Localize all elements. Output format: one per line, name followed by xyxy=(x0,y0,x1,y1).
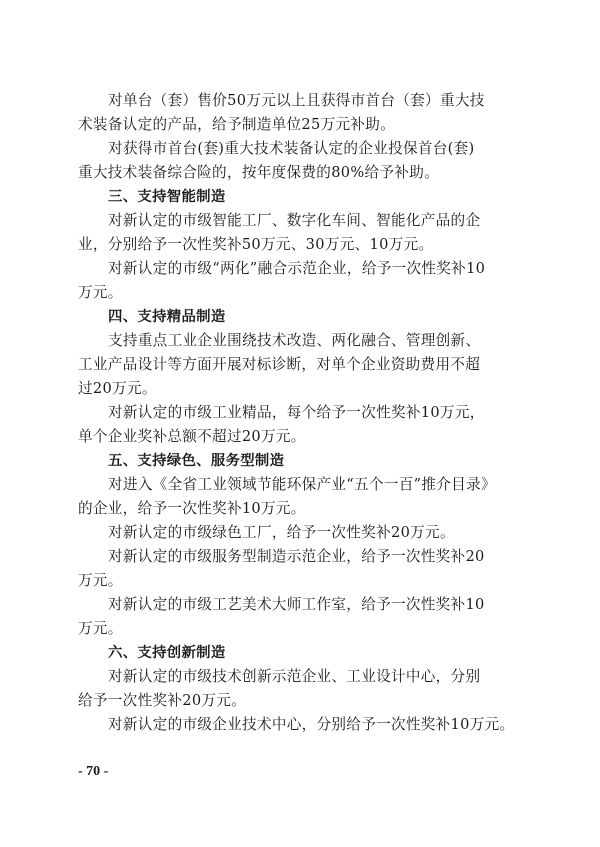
paragraph-line: 对新认定的市级工业精品，每个给予一次性奖补10万元， xyxy=(78,401,530,425)
section-heading: 四、支持精品制造 xyxy=(78,305,530,329)
paragraph-line: 对新认定的市级企业技术中心，分别给予一次性奖补10万元。 xyxy=(78,713,530,737)
paragraph-line: 工业产品设计等方面开展对标诊断，对单个企业资助费用不超 xyxy=(78,353,530,377)
paragraph-line: 重大技术装备综合险的，按年度保费的80%给予补助。 xyxy=(78,161,530,185)
paragraph-line: 对新认定的市级工艺美术大师工作室，给予一次性奖补10 xyxy=(78,593,530,617)
paragraph-line: 对新认定的市级智能工厂、数字化车间、智能化产品的企 xyxy=(78,209,530,233)
paragraph-line: 万元。 xyxy=(78,281,530,305)
paragraph-line: 业，分别给予一次性奖补50万元、30万元、10万元。 xyxy=(78,233,530,257)
paragraph-line: 的企业，给予一次性奖补10万元。 xyxy=(78,497,530,521)
paragraph-line: 过20万元。 xyxy=(78,377,530,401)
paragraph-line: 单个企业奖补总额不超过20万元。 xyxy=(78,425,530,449)
page-number: - 70 - xyxy=(78,764,108,780)
paragraph-line: 对新认定的市级服务型制造示范企业，给予一次性奖补20 xyxy=(78,545,530,569)
paragraph-line: 给予一次性奖补20万元。 xyxy=(78,689,530,713)
section-heading: 五、支持绿色、服务型制造 xyxy=(78,449,530,473)
paragraph-line: 对单台（套）售价50万元以上且获得市首台（套）重大技 xyxy=(78,89,530,113)
section-heading: 三、支持智能制造 xyxy=(78,185,530,209)
paragraph-line: 对新认定的市级“两化”融合示范企业，给予一次性奖补10 xyxy=(78,257,530,281)
paragraph-line: 万元。 xyxy=(78,617,530,641)
paragraph-line: 支持重点工业企业围绕技术改造、两化融合、管理创新、 xyxy=(78,329,530,353)
paragraph-line: 对获得市首台(套)重大技术装备认定的企业投保首台(套) xyxy=(78,137,530,161)
paragraph-line: 对新认定的市级绿色工厂，给予一次性奖补20万元。 xyxy=(78,521,530,545)
paragraph-line: 万元。 xyxy=(78,569,530,593)
section-heading: 六、支持创新制造 xyxy=(78,641,530,665)
paragraph-line: 对新认定的市级技术创新示范企业、工业设计中心，分别 xyxy=(78,665,530,689)
paragraph-line: 对进入《全省工业领域节能环保产业“五个一百”推介目录》 xyxy=(78,473,530,497)
paragraph-line: 术装备认定的产品，给予制造单位25万元补助。 xyxy=(78,113,530,137)
document-page: 对单台（套）售价50万元以上且获得市首台（套）重大技术装备认定的产品，给予制造单… xyxy=(78,89,530,737)
